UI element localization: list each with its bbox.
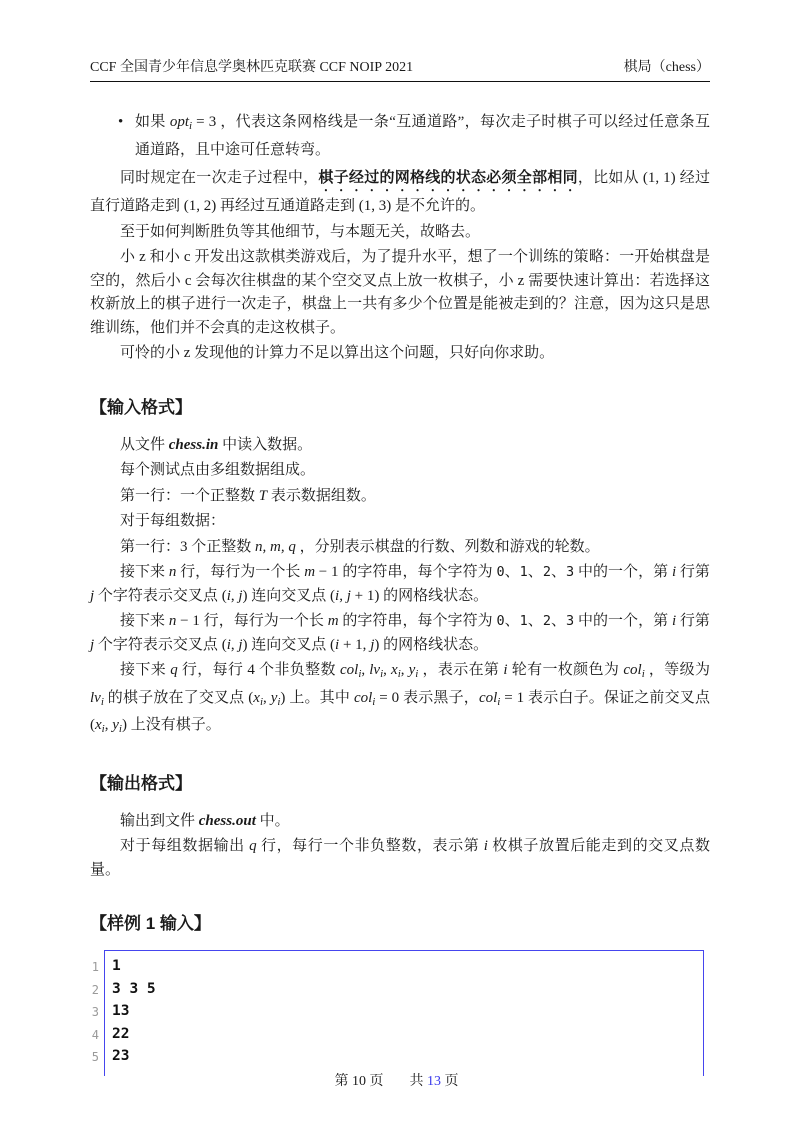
- text-run: 接下来: [120, 564, 169, 580]
- text-run: 接下来: [120, 662, 170, 678]
- para-horizontal-lines: 接下来 n 行，每行为一个长 m − 1 的字符串，每个字符为 0、1、2、3 …: [90, 561, 710, 608]
- code-line: 23: [112, 1045, 703, 1068]
- para-first-line-T: 第一行：一个正整数 T 表示数据组数。: [90, 485, 710, 509]
- text-run: = 3: [192, 114, 216, 130]
- text-run: 个字符表示交叉点: [94, 588, 222, 604]
- page-header: CCF 全国青少年信息学奥林匹克联赛 CCF NOIP 2021 棋局（ches…: [90, 56, 710, 82]
- text-run: 从文件: [120, 437, 169, 453]
- text-run: opt: [170, 114, 189, 130]
- text-run: 可怜的小 z 发现他的计算力不足以算出这个问题，只好向你求助。: [120, 345, 554, 361]
- text-run: 小 z 和小 c 开发出这款棋类游戏后，为了提升水平，想了一个训练的策略：一开始…: [90, 249, 710, 336]
- text-run: 中的一个，第: [574, 613, 672, 629]
- text-run: − 1: [315, 564, 339, 580]
- heading-output-format: 【输出格式】: [90, 771, 710, 796]
- text-run: 中。: [256, 813, 290, 829]
- header-contest-title: CCF 全国青少年信息学奥林匹克联赛 CCF NOIP 2021: [90, 56, 413, 76]
- text-run: 、: [528, 564, 543, 580]
- document-content: •如果 opti = 3 ，代表这条网格线是一条“互通道路”，每次走子时棋子可以…: [90, 111, 710, 1076]
- text-run: ，代表这条网格线是一条“互通道路”，每次走子时棋子可以经过任意条互通道路，且中途…: [135, 114, 710, 158]
- text-run: ,: [263, 690, 271, 706]
- text-run: 行，每行为一个长: [176, 564, 304, 580]
- line-number: 5: [90, 1046, 99, 1069]
- text-run: col: [623, 662, 641, 678]
- text-run: x: [253, 690, 260, 706]
- para-state-rule: 同时规定在一次走子过程中，棋子经过的网格线的状态必须全部相同，比如从 (1, 1…: [90, 167, 710, 219]
- text-run: (1, 3): [359, 198, 392, 214]
- text-run: lv: [90, 690, 101, 706]
- text-run: n, m, q: [255, 539, 296, 555]
- text-run: ,: [383, 662, 391, 678]
- text-run: lv: [369, 662, 380, 678]
- text-run: (1, 2): [184, 198, 217, 214]
- line-number: 2: [90, 979, 99, 1002]
- total-pages-link[interactable]: 13: [427, 1074, 441, 1089]
- para-queries: 接下来 q 行，每行 4 个非负整数 coli, lvi, xi, yi ，表示…: [90, 659, 710, 742]
- code-literal: 1: [520, 613, 528, 629]
- text-run: 的网格线状态。: [379, 588, 488, 604]
- code-literal: 2: [543, 613, 551, 629]
- code-box: 13 3 5132223: [104, 950, 704, 1076]
- code-line: 1: [112, 955, 703, 978]
- text-run: x: [391, 662, 398, 678]
- text-run: 的棋子放在了交叉点: [104, 690, 248, 706]
- document-page: CCF 全国青少年信息学奥林匹克联赛 CCF NOIP 2021 棋局（ches…: [0, 0, 793, 1122]
- para-testcases: 每个测试点由多组数据组成。: [90, 459, 710, 483]
- text-run: = 0: [375, 690, 399, 706]
- total-prefix: 共: [410, 1074, 428, 1089]
- text-run: 上。其中: [285, 690, 354, 706]
- text-run: ，分别表示棋盘的行数、列数和游戏的轮数。: [296, 539, 600, 555]
- total-pages-label: 共 13 页: [410, 1074, 459, 1089]
- text-run: 行第: [676, 564, 710, 580]
- para-first-line-nmq: 第一行：3 个正整数 n, m, q ，分别表示棋盘的行数、列数和游戏的轮数。: [90, 536, 710, 560]
- text-run: = 1: [500, 690, 524, 706]
- bullet-icon: •: [118, 111, 123, 135]
- line-number: 4: [90, 1024, 99, 1047]
- para-read-file: 从文件 chess.in 中读入数据。: [90, 434, 710, 458]
- code-line: 22: [112, 1023, 703, 1046]
- text-run: 连向交叉点: [248, 588, 331, 604]
- text-run: 中的一个，第: [574, 564, 672, 580]
- text-run: 再经过互通道路走到: [216, 198, 359, 214]
- code-literal: 1: [520, 564, 528, 580]
- text-run: 表示数据组数。: [267, 488, 376, 504]
- text-run: 第一行：: [120, 539, 180, 555]
- emphasized-text: 棋子经过的网格线的状态必须全部相同: [318, 170, 577, 186]
- text-run: 3: [180, 539, 188, 555]
- line-number-gutter: 12345: [90, 950, 99, 1076]
- text-run: 表示白子。保证之前交叉点: [524, 690, 710, 706]
- code-line: 13: [112, 1000, 703, 1023]
- text-run: 4: [247, 662, 255, 678]
- text-run: 是不允许的。: [391, 198, 485, 214]
- heading-sample1-input: 【样例 1 输入】: [90, 911, 710, 936]
- text-run: q: [249, 838, 257, 854]
- heading-input-format: 【输入格式】: [90, 395, 710, 420]
- text-run: 中读入数据。: [218, 437, 312, 453]
- text-run: 个非负整数: [255, 662, 340, 678]
- line-number: 1: [90, 956, 99, 979]
- text-run: ,: [401, 662, 409, 678]
- text-run: 对于每组数据输出: [120, 838, 249, 854]
- text-run: + 1): [351, 588, 379, 604]
- code-sample1-input: 1234513 3 5132223: [90, 950, 710, 1076]
- line-number: 3: [90, 1001, 99, 1024]
- text-run: 接下来: [120, 613, 169, 629]
- text-run: 第一行：一个正整数: [120, 488, 259, 504]
- text-run: y: [112, 717, 119, 733]
- page-footer: 第 10 页共 13 页: [0, 1070, 793, 1090]
- text-run: col: [340, 662, 358, 678]
- para-vertical-lines: 接下来 n − 1 行，每行为一个长 m 的字符串，每个字符为 0、1、2、3 …: [90, 610, 710, 657]
- text-run: 、: [528, 613, 543, 629]
- text-run: ，等级为: [645, 662, 710, 678]
- para-output-lines: 对于每组数据输出 q 行，每行一个非负整数，表示第 i 枚棋子放置后能走到的交叉…: [90, 835, 710, 882]
- text-run: 至于如何判断胜负等其他细节，与本题无关，故略去。: [120, 224, 480, 240]
- text-run: 行，每行为一个长: [200, 613, 328, 629]
- text-run: 行第: [676, 613, 710, 629]
- text-run: 对于每组数据：: [120, 513, 225, 529]
- code-literal: 0: [496, 613, 504, 629]
- code-line: 3 3 5: [112, 978, 703, 1001]
- text-run: col: [479, 690, 497, 706]
- text-run: 行，每行一个非负整数，表示第: [257, 838, 484, 854]
- file-name: chess.in: [169, 437, 219, 453]
- text-run: 连向交叉点: [248, 637, 331, 653]
- text-run: T: [259, 488, 267, 504]
- text-run: 、: [551, 564, 566, 580]
- current-page-label: 第 10 页: [335, 1074, 384, 1089]
- text-run: 每个测试点由多组数据组成。: [120, 462, 315, 478]
- text-run: + 1,: [339, 637, 370, 653]
- text-run: col: [354, 690, 372, 706]
- text-run: 输出到文件: [120, 813, 199, 829]
- text-run: 轮有一枚颜色为: [508, 662, 624, 678]
- text-run: 表示黑子，: [399, 690, 479, 706]
- code-literal: 2: [543, 564, 551, 580]
- file-name: chess.out: [199, 813, 256, 829]
- text-run: (1, 1): [643, 170, 676, 186]
- text-run: 的网格线状态。: [379, 637, 488, 653]
- text-run: 、: [505, 613, 520, 629]
- text-run: 同时规定在一次走子过程中，: [120, 170, 318, 186]
- text-run: ，比如从: [578, 170, 643, 186]
- bullet-opt3: •如果 opti = 3 ，代表这条网格线是一条“互通道路”，每次走子时棋子可以…: [90, 111, 710, 162]
- para-help-request: 可怜的小 z 发现他的计算力不足以算出这个问题，只好向你求助。: [90, 342, 710, 366]
- text-run: 的字符串，每个字符为: [339, 613, 497, 629]
- text-run: 行，每行: [178, 662, 248, 678]
- text-run: m: [328, 613, 339, 629]
- text-run: x: [95, 717, 102, 733]
- header-problem-name: 棋局（chess）: [624, 56, 710, 76]
- code-literal: 3: [566, 613, 574, 629]
- text-run: 的字符串，每个字符为: [339, 564, 497, 580]
- para-write-file: 输出到文件 chess.out 中。: [90, 810, 710, 834]
- text-run: 、: [551, 613, 566, 629]
- text-run: ,: [339, 588, 347, 604]
- total-suffix: 页: [441, 1074, 459, 1089]
- text-run: 个正整数: [188, 539, 256, 555]
- text-run: 个字符表示交叉点: [94, 637, 222, 653]
- code-literal: 0: [496, 564, 504, 580]
- text-run: − 1: [176, 613, 200, 629]
- text-run: q: [170, 662, 178, 678]
- code-literal: 3: [566, 564, 574, 580]
- para-omit-details: 至于如何判断胜负等其他细节，与本题无关，故略去。: [90, 221, 710, 245]
- text-run: m: [304, 564, 315, 580]
- text-run: 、: [505, 564, 520, 580]
- para-per-group: 对于每组数据：: [90, 510, 710, 534]
- text-run: 上没有棋子。: [127, 717, 221, 733]
- para-training-strategy: 小 z 和小 c 开发出这款棋类游戏后，为了提升水平，想了一个训练的策略：一开始…: [90, 246, 710, 340]
- text-run: ，表示在第: [418, 662, 503, 678]
- text-run: 如果: [135, 114, 170, 130]
